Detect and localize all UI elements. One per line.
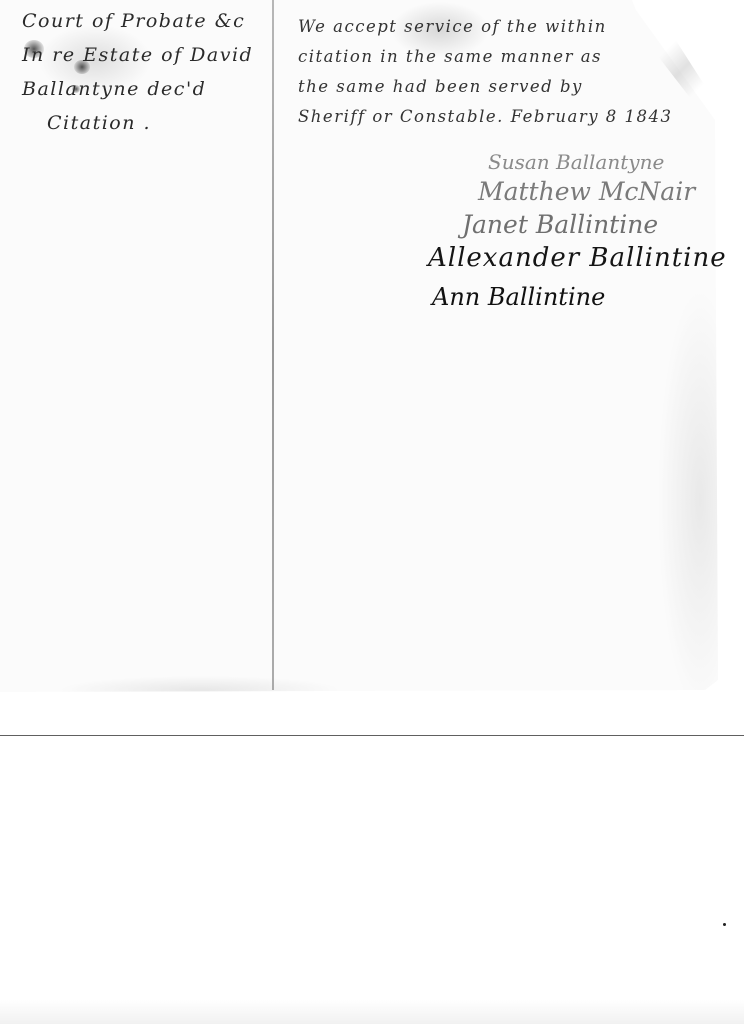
service-line-4: Sheriff or Constable. February 8 1843	[298, 102, 673, 132]
signature-matthew-mcnair: Matthew McNair	[478, 177, 695, 206]
docket-line-citation: Citation .	[22, 106, 253, 140]
signature-ann-ballintine: Ann Ballintine	[432, 283, 605, 311]
service-line-3: the same had been served by	[298, 72, 673, 102]
docket-note: Court of Probate &c In re Estate of Davi…	[22, 4, 253, 140]
scanner-edge-line	[0, 735, 744, 736]
scanner-bottom-shade	[0, 1000, 744, 1024]
docket-line-decedent: Ballantyne dec'd	[22, 72, 253, 106]
service-line-2: citation in the same manner as	[298, 42, 673, 72]
docket-line-estate: In re Estate of David	[22, 38, 253, 72]
signature-susan-ballantyne: Susan Ballantyne	[488, 150, 664, 174]
docket-line-court: Court of Probate &c	[22, 4, 253, 38]
signature-janet-ballintine: Janet Ballintine	[462, 210, 658, 239]
signature-alexander-ballintine: Allexander Ballintine	[428, 243, 727, 273]
scanned-page: Court of Probate &c In re Estate of Davi…	[0, 0, 744, 1024]
service-line-1: We accept service of the within	[298, 12, 673, 42]
acceptance-of-service: We accept service of the within citation…	[298, 12, 673, 132]
dust-speck	[723, 923, 726, 926]
fold-line	[272, 0, 274, 690]
